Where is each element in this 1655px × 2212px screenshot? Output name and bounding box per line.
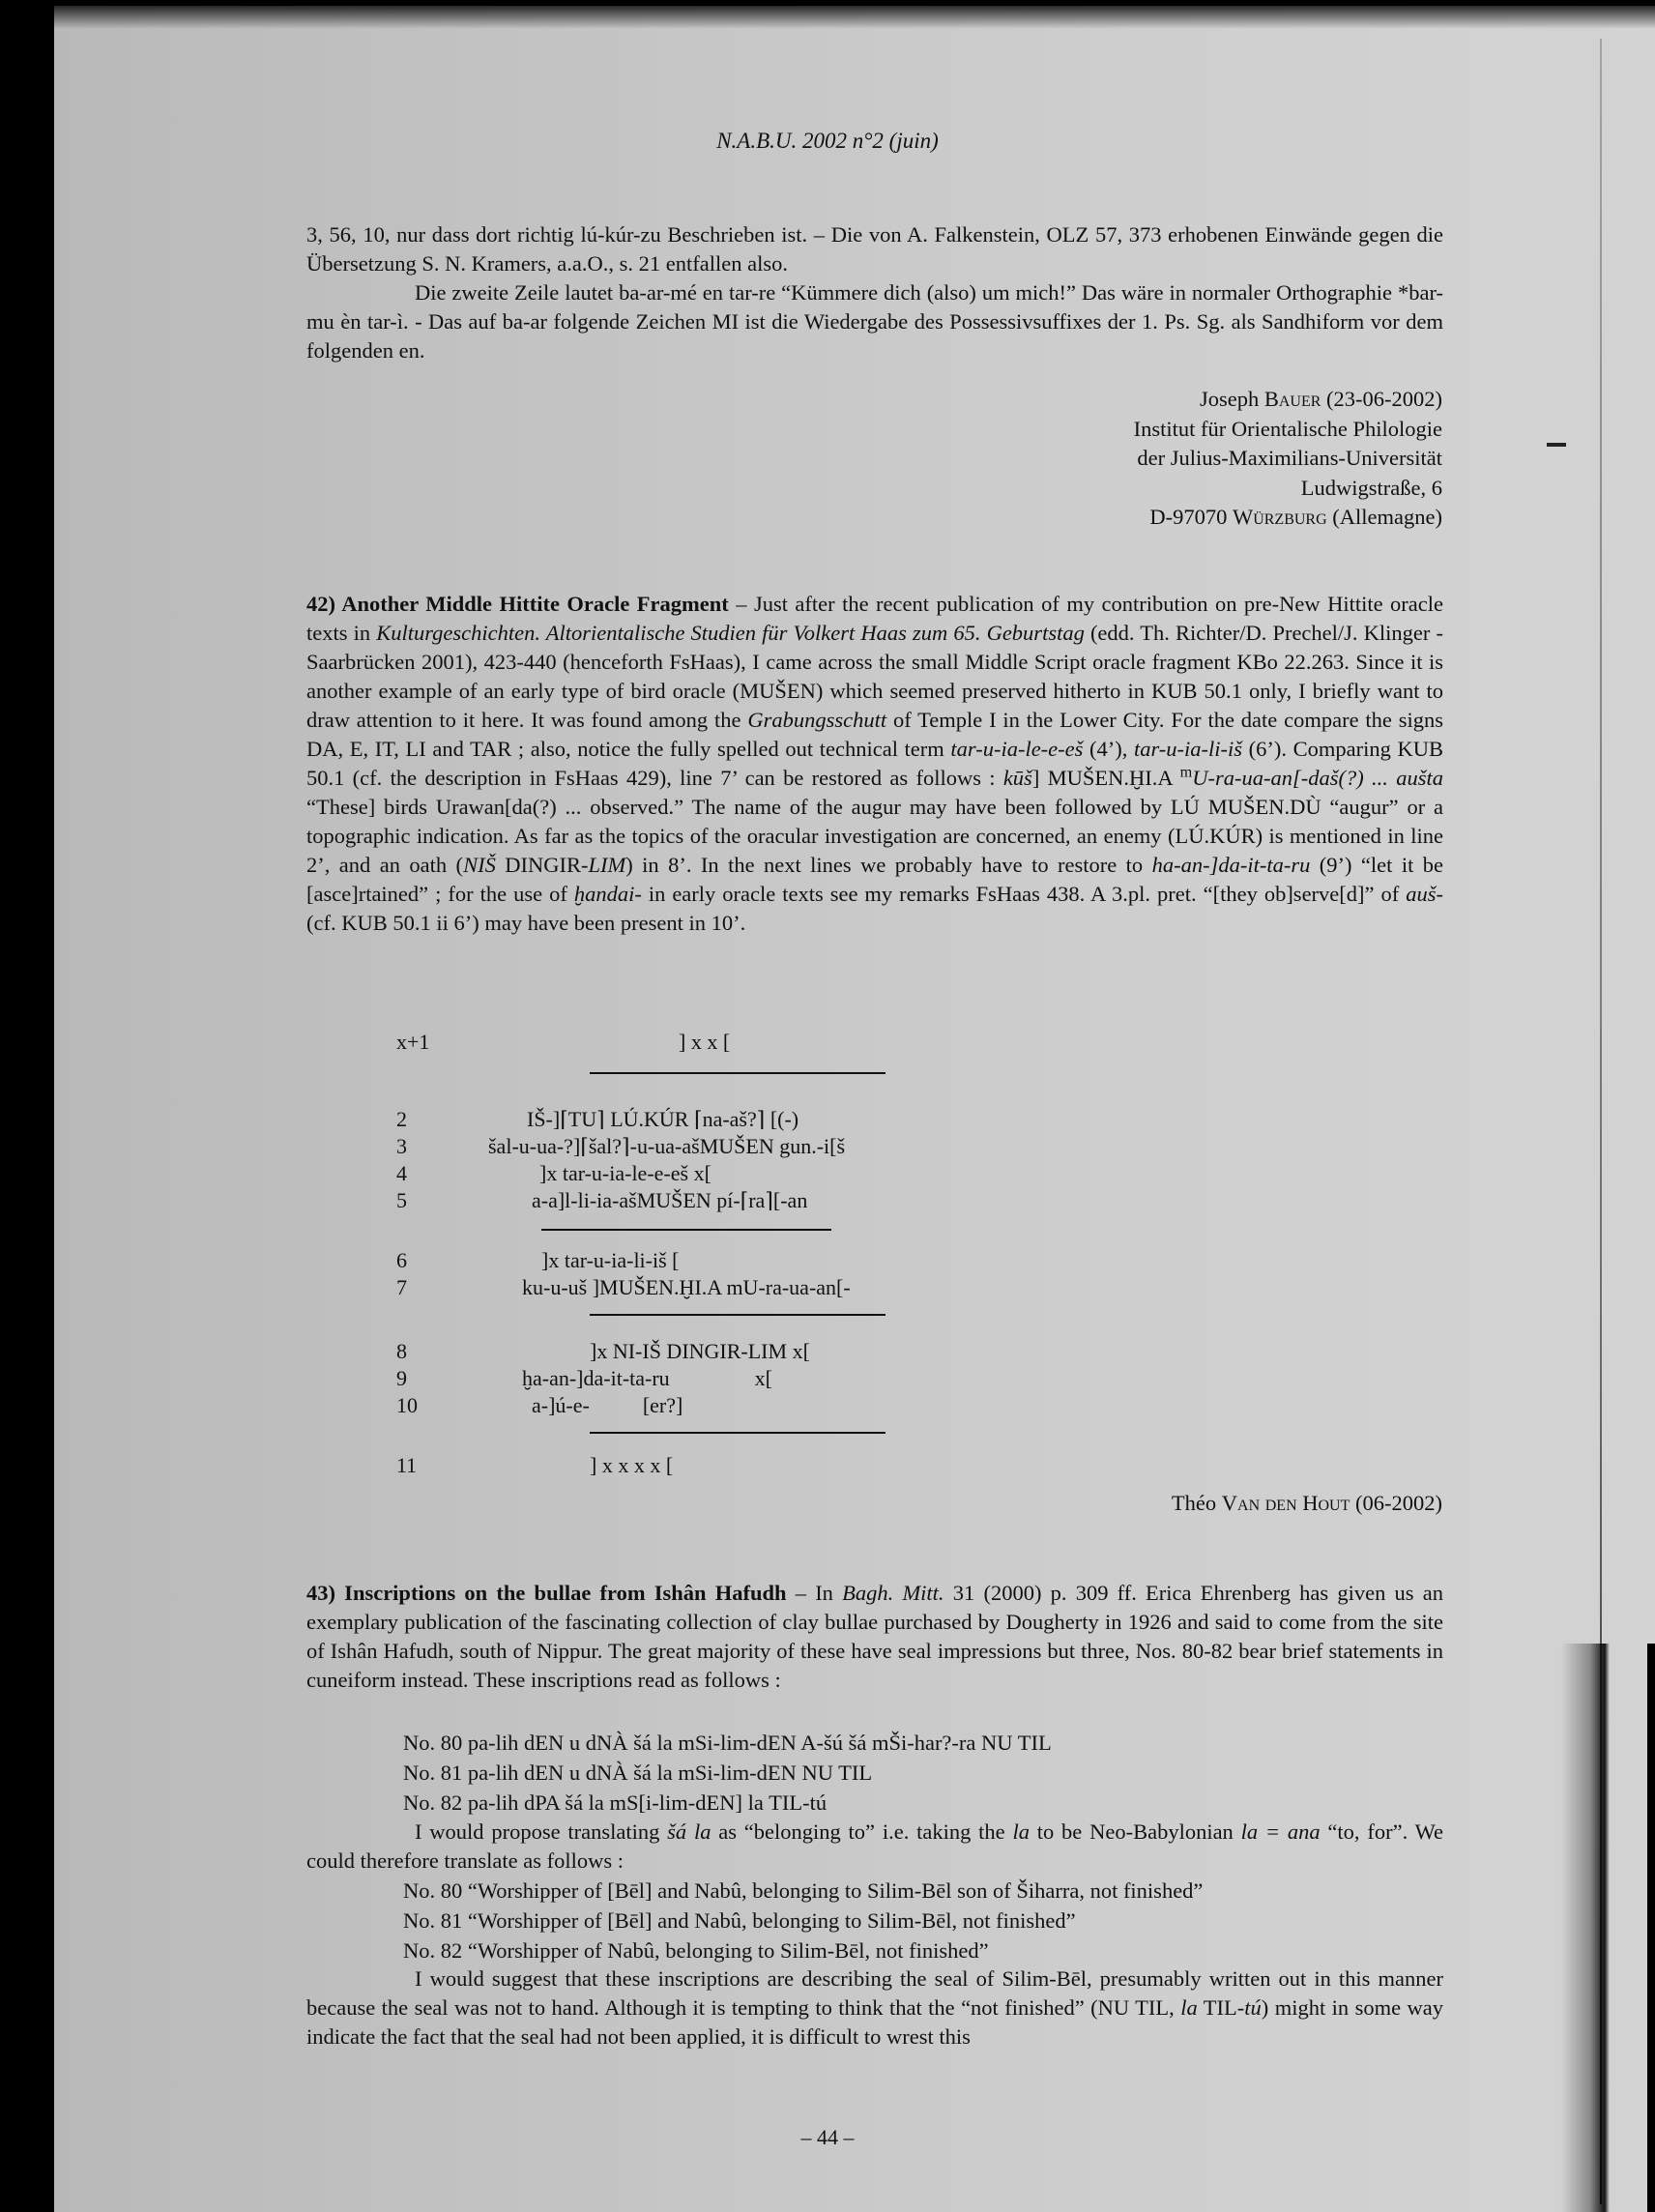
inscription-list: No. 80 pa-lih dEN u dNÀ šá la mSi-lim-dE… <box>403 1728 1052 1818</box>
scan-shadow <box>54 0 1655 29</box>
inscription-item: No. 80 pa-lih dEN u dNÀ šá la mSi-lim-dE… <box>403 1728 1052 1758</box>
stray-mark <box>1547 443 1566 447</box>
inscription-item: No. 81 pa-lih dEN u dNÀ šá la mSi-lim-dE… <box>403 1758 1052 1788</box>
note-43-body: 43) Inscriptions on the bullae from Ishâ… <box>306 1579 1443 1695</box>
paragraph: I would propose translating šá la as “be… <box>306 1818 1443 1876</box>
line-divider <box>590 1314 886 1316</box>
paragraph: 43) Inscriptions on the bullae from Ishâ… <box>306 1579 1443 1695</box>
line-divider <box>590 1072 886 1074</box>
translation-item: No. 80 “Worshipper of [Bēl] and Nabû, be… <box>403 1876 1203 1906</box>
address-line: der Julius-Maximilians-Universität <box>1134 444 1442 474</box>
line-divider <box>541 1229 831 1231</box>
paragraph: 42) Another Middle Hittite Oracle Fragme… <box>306 590 1443 938</box>
inscription-item: No. 82 pa-lih dPA šá la mS[i-lim-dEN] la… <box>403 1788 1052 1818</box>
translation-item: No. 82 “Worshipper of Nabû, belonging to… <box>403 1935 1203 1965</box>
paragraph: Die zweite Zeile lautet ba-ar-mé en tar-… <box>306 278 1443 365</box>
paragraph: 3, 56, 10, nur dass dort richtig lú-kúr-… <box>306 220 1443 278</box>
translation-list: No. 80 “Worshipper of [Bēl] and Nabû, be… <box>403 1876 1203 1965</box>
author-surname: Bauer <box>1264 387 1321 411</box>
signature-bauer: Joseph Bauer (23-06-2002) Institut für O… <box>1134 385 1442 533</box>
note-42-title: 42) Another Middle Hittite Oracle Fragme… <box>306 592 729 616</box>
city-line: D-97070 Würzburg (Allemagne) <box>1134 503 1442 533</box>
note-42-body: 42) Another Middle Hittite Oracle Fragme… <box>306 590 1443 938</box>
translation-item: No. 81 “Worshipper of [Bēl] and Nabû, be… <box>403 1906 1203 1935</box>
previous-note-text: 3, 56, 10, nur dass dort richtig lú-kúr-… <box>306 220 1443 365</box>
address-line: Ludwigstraße, 6 <box>1134 474 1442 504</box>
cited-book-title: Kulturgeschichten. Altorientalische Stud… <box>376 621 1085 645</box>
author-surname: Van den Hout <box>1222 1491 1350 1515</box>
note-43-conclusion: I would suggest that these inscriptions … <box>306 1965 1443 2052</box>
address-line: Institut für Orientalische Philologie <box>1134 415 1442 445</box>
note-43-proposal: I would propose translating šá la as “be… <box>306 1818 1443 1876</box>
author-line: Joseph Bauer (23-06-2002) <box>1134 385 1442 415</box>
running-header: N.A.B.U. 2002 n°2 (juin) <box>0 129 1655 154</box>
paragraph: I would suggest that these inscriptions … <box>306 1965 1443 2052</box>
page-number: – 44 – <box>0 2125 1655 2150</box>
line-divider <box>590 1432 886 1434</box>
signature-van-den-hout: Théo Van den Hout (06-2002) <box>1172 1489 1442 1519</box>
note-43-title: 43) Inscriptions on the bullae from Ishâ… <box>306 1581 787 1605</box>
